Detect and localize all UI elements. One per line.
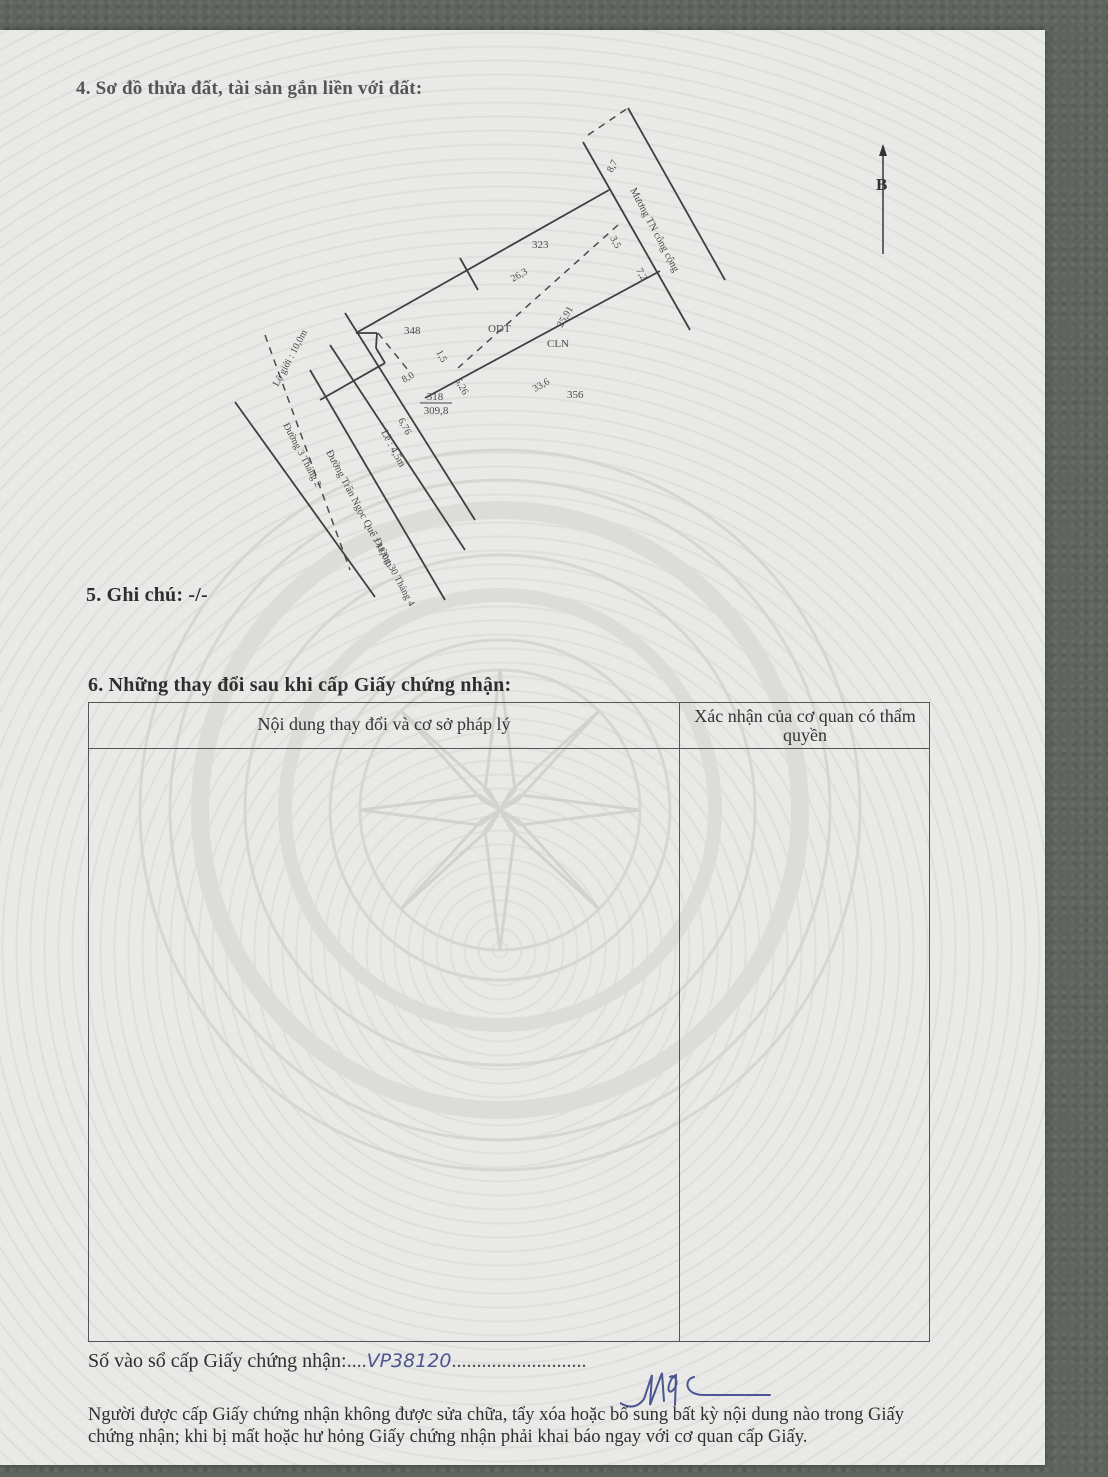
registry-number: VP38120 xyxy=(367,1350,452,1372)
road-direction-right: Đường 30 Tháng 4 xyxy=(371,536,416,608)
header-change-content: Nội dung thay đổi và cơ sở pháp lý xyxy=(89,715,679,734)
neighbor-parcel-348: 348 xyxy=(404,325,421,337)
section-5-notes: 5. Ghi chú: -/- xyxy=(86,584,208,607)
road-direction-left: Đường 3 Tháng 2 xyxy=(280,421,323,489)
setback-label: Lộ giới : 10,0m xyxy=(271,328,310,389)
registry-dots-trailing: ........................... xyxy=(451,1350,586,1372)
header-authority-confirmation: Xác nhận của cơ quan có thẩm quyền xyxy=(681,707,929,745)
dim-33-6: 33,6 xyxy=(531,376,552,394)
land-use-cln: CLN xyxy=(547,338,569,350)
north-label: B xyxy=(876,175,887,195)
parcel-area: 309,8 xyxy=(424,405,449,417)
dim-8-0: 8,0 xyxy=(400,370,416,386)
canal-label: Mương TN công cộng xyxy=(627,186,681,274)
land-plot-sketch: 323 348 356 ODT CLN 318 309,8 8,7 3,5 7,… xyxy=(0,30,1045,630)
section-6-title: 6. Những thay đổi sau khi cấp Giấy chứng… xyxy=(88,674,511,697)
dim-6-76: 6,76 xyxy=(395,416,413,437)
neighbor-parcel-323: 323 xyxy=(532,239,549,251)
dim-1-5: 1,5 xyxy=(433,348,449,364)
dim-26-3: 26,3 xyxy=(509,266,530,284)
dim-7-2: 7,2 xyxy=(633,266,649,282)
land-use-odt: ODT xyxy=(488,323,511,335)
column-divider xyxy=(679,703,680,1341)
header-divider xyxy=(89,748,929,749)
parcel-number: 318 xyxy=(427,391,444,403)
legal-notice: Người được cấp Giấy chứng nhận không đượ… xyxy=(88,1404,938,1448)
north-arrow-icon xyxy=(872,142,896,257)
dim-5-26: 5,26 xyxy=(452,376,470,397)
registry-number-line: Số vào sổ cấp Giấy chứng nhận:....VP3812… xyxy=(88,1350,586,1373)
dim-8-7: 8,7 xyxy=(605,158,621,174)
registry-dots-leading: .... xyxy=(347,1350,367,1372)
dim-3-5: 3,5 xyxy=(607,234,623,250)
dim-25-91: 25,91 xyxy=(555,305,576,330)
neighbor-parcel-356: 356 xyxy=(567,389,584,401)
registry-label: Số vào sổ cấp Giấy chứng nhận: xyxy=(88,1350,347,1372)
certificate-page: 4. Sơ đồ thửa đất, tài sản gắn liền với … xyxy=(0,30,1045,1465)
changes-table: Nội dung thay đổi và cơ sở pháp lý Xác n… xyxy=(88,702,930,1342)
